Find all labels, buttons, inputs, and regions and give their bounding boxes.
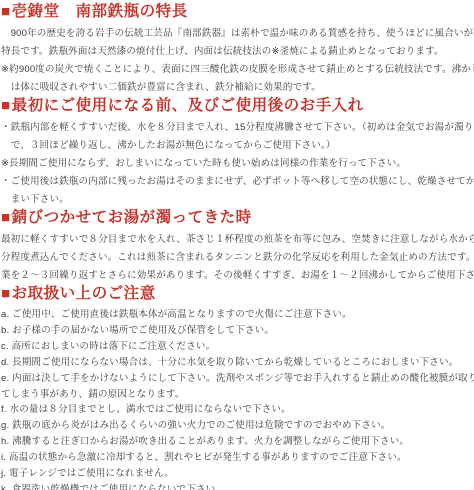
square-bullet-icon: ■	[1, 97, 11, 115]
text-line: まい下さい。	[1, 191, 473, 209]
section-heading-text: 壱鋳堂 南部鉄瓶の特長	[12, 3, 188, 21]
section-rust-cloudy-water: ■ 錆びつかせてお湯が濁ってきた時 最初に軽くすすいで８分目まで水を入れ、茶さじ…	[1, 209, 473, 285]
section-first-use-heading: ■ 最初にご使用になる前、及びご使用後のお手入れ	[1, 97, 473, 115]
section-heading-text: 錆びつかせてお湯が濁ってきた時	[12, 209, 252, 227]
caution-item-d: d. 長期間ご使用にならない場合は、十分に水気を取り除いてから乾燥しているところ…	[1, 355, 473, 371]
text-line: で、３回ほど繰り返し、沸かしたお湯が無色になってからご使用下さい。）	[1, 137, 473, 155]
caution-item-e-continued: てしまう事があり、錆の原因となります。	[1, 387, 473, 403]
caution-item-f: f. 水の量は８分目までとし、満水ではご使用にならないで下さい。	[1, 402, 473, 418]
section-features: ■ 壱鋳堂 南部鉄瓶の特長 900年の歴史を誇る岩手の伝統工芸品『南部鉄器』は素…	[1, 3, 473, 97]
caution-item-g: g. 鉄瓶の底から炎がはみ出るくらいの強い火力でのご使用は危険ですのでおやめ下さ…	[1, 418, 473, 434]
section-cautions: ■ お取扱い上のご注意 a. ご使用中、ご使用直後は鉄瓶本体が高温となりますので…	[1, 285, 473, 490]
section-heading-text: お取扱い上のご注意	[12, 285, 156, 303]
text-line: ・ご使用後は鉄瓶の内部に残ったお湯はそのままにせず、必ずポット等へ移して空の状態…	[1, 173, 473, 191]
caution-item-j: j. 電子レンジではご使用になれません。	[1, 466, 473, 482]
text-line: 最初に軽くすすいで８分目まで水を入れ、茶さじ１杯程度の煎茶を布等に包み、空焚きに…	[1, 231, 473, 249]
section-first-use-care: ■ 最初にご使用になる前、及びご使用後のお手入れ ・鉄瓶内部を軽くすすいだ後、水…	[1, 97, 473, 209]
square-bullet-icon: ■	[1, 3, 11, 21]
caution-item-a: a. ご使用中、ご使用直後は鉄瓶本体が高温となりますので火傷にご注意下さい。	[1, 307, 473, 323]
section-features-heading: ■ 壱鋳堂 南部鉄瓶の特長	[1, 3, 473, 21]
text-line: 900年の歴史を誇る岩手の伝統工芸品『南部鉄器』は素朴で温か味のある質感を持ち、…	[1, 25, 473, 43]
section-rust-heading: ■ 錆びつかせてお湯が濁ってきた時	[1, 209, 473, 227]
caution-item-i: i. 高温の状態から急激に冷却すると、割れやヒビが発生する事がありますのでご注意…	[1, 450, 473, 466]
text-line: 特長です。鉄瓶外面は天然漆の焼付仕上げ、内面は伝統技法の※釜焼による錆止めとなっ…	[1, 43, 473, 61]
text-line: 分程度煮込んでください。これは煎茶に含まれるタンニンと鉄分の化学反応を利用した金…	[1, 249, 473, 267]
care-instructions-document: ■ 壱鋳堂 南部鉄瓶の特長 900年の歴史を誇る岩手の伝統工芸品『南部鉄器』は素…	[0, 0, 474, 490]
section-cautions-heading: ■ お取扱い上のご注意	[1, 285, 473, 303]
text-line: 業を２～３回繰り返すとさらに効果があります。その後軽くすすぎ、お湯を１～２回沸か…	[1, 267, 473, 285]
caution-item-c: c. 高所におしまいの時は落下にご注意ください。	[1, 339, 473, 355]
text-line: ・鉄瓶内部を軽くすすいだ後、水を８分目まで入れ、15分程度沸騰させて下さい。（初…	[1, 119, 473, 137]
caution-item-k: k. 食器洗い乾燥機ではご使用にならないで下さい。	[1, 482, 473, 490]
square-bullet-icon: ■	[1, 285, 11, 303]
text-line: は体に吸収されやすい二価鉄が豊富に含まれ、鉄分補給に効果的です。	[1, 79, 473, 97]
square-bullet-icon: ■	[1, 209, 11, 227]
caution-item-h: h. 沸騰すると注ぎ口からお湯が吹き出ることがあります。火力を調整しながらご使用…	[1, 434, 473, 450]
text-line: ※長期間ご使用にならず、おしまいになっていた時も使い始めは同様の作業を行って下さ…	[1, 155, 473, 173]
caution-item-b: b. お子様の手の届かない場所でご使用及び保管をして下さい。	[1, 323, 473, 339]
caution-item-e: e. 内面は決して手をかけないようにして下さい。洗剤やスポンジ等でお手入れすると…	[1, 371, 473, 387]
text-line: ※約900度の炭火で焼くことにより、表面に四三酸化鉄の皮膜を形成させて錆止めとす…	[1, 61, 473, 79]
section-heading-text: 最初にご使用になる前、及びご使用後のお手入れ	[12, 97, 364, 115]
